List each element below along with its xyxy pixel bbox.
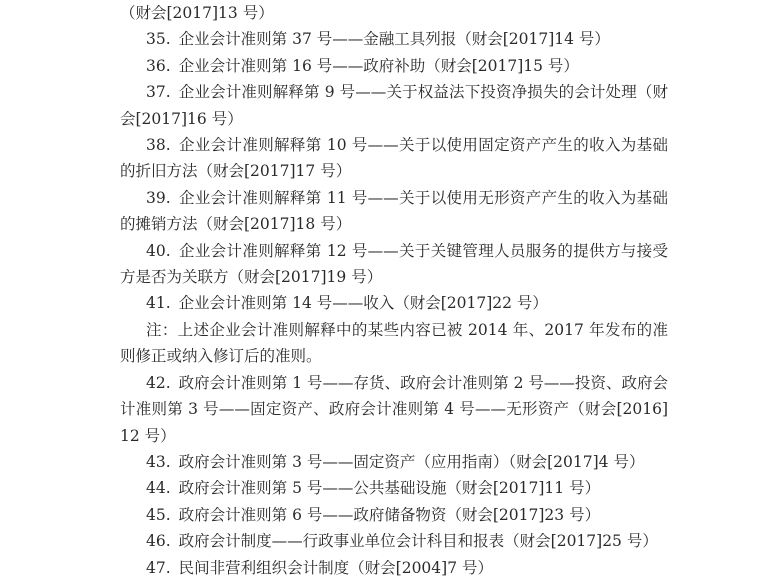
list-item-35: 35.企业会计准则第 37 号——金融工具列报（财会[2017]14 号）	[120, 26, 668, 52]
item-text: 政府会计准则第 6 号——政府储备物资（财会[2017]23 号）	[179, 506, 600, 524]
list-item-39: 39.企业会计准则解释第 11 号——关于以使用无形资产产生的收入为基础的摊销方…	[120, 185, 668, 238]
citation-text: （财会[2017]13 号）	[120, 4, 274, 22]
item-text: 民间非营利组织会计制度（财会[2004]7 号）	[179, 559, 493, 577]
list-item-46: 46.政府会计制度——行政事业单位会计科目和报表（财会[2017]25 号）	[120, 528, 668, 554]
continued-citation: （财会[2017]13 号）	[120, 0, 668, 26]
item-text: 企业会计准则第 14 号——收入（财会[2017]22 号）	[179, 294, 548, 312]
item-text: 企业会计准则解释第 12 号——关于关键管理人员服务的提供方与接受方是否为关联方…	[120, 242, 668, 286]
item-number: 37.	[146, 83, 171, 101]
item-text: 企业会计准则解释第 10 号——关于以使用固定资产产生的收入为基础的折旧方法（财…	[120, 136, 668, 180]
item-number: 44.	[146, 479, 171, 497]
item-text: 企业会计准则解释第 9 号——关于权益法下投资净损失的会计处理（财会[2017]…	[120, 83, 668, 127]
item-number: 43.	[146, 453, 171, 471]
item-text: 企业会计准则第 37 号——金融工具列报（财会[2017]14 号）	[179, 30, 610, 48]
list-item-41: 41.企业会计准则第 14 号——收入（财会[2017]22 号）	[120, 290, 668, 316]
list-item-36: 36.企业会计准则第 16 号——政府补助（财会[2017]15 号）	[120, 53, 668, 79]
list-item-37: 37.企业会计准则解释第 9 号——关于权益法下投资净损失的会计处理（财会[20…	[120, 79, 668, 132]
list-item-45: 45.政府会计准则第 6 号——政府储备物资（财会[2017]23 号）	[120, 502, 668, 528]
list-item-43: 43.政府会计准则第 3 号——固定资产（应用指南）（财会[2017]4 号）	[120, 449, 668, 475]
item-text: 政府会计准则第 5 号——公共基础设施（财会[2017]11 号）	[179, 479, 600, 497]
item-number: 47.	[146, 559, 171, 577]
item-text: 政府会计准则第 1 号——存货、政府会计准则第 2 号——投资、政府会计准则第 …	[120, 374, 668, 445]
item-text: 政府会计制度——行政事业单位会计科目和报表（财会[2017]25 号）	[179, 532, 658, 550]
list-item-47: 47.民间非营利组织会计制度（财会[2004]7 号）	[120, 555, 668, 581]
item-number: 45.	[146, 506, 171, 524]
item-number: 46.	[146, 532, 171, 550]
item-number: 40.	[146, 242, 171, 260]
item-text: 企业会计准则第 16 号——政府补助（财会[2017]15 号）	[179, 57, 579, 75]
item-number: 41.	[146, 294, 171, 312]
item-text: 政府会计准则第 3 号——固定资产（应用指南）（财会[2017]4 号）	[179, 453, 645, 471]
item-text: 企业会计准则解释第 11 号——关于以使用无形资产产生的收入为基础的摊销方法（财…	[120, 189, 668, 233]
item-number: 36.	[146, 57, 171, 75]
document-page: （财会[2017]13 号） 35.企业会计准则第 37 号——金融工具列报（财…	[120, 0, 668, 581]
list-item-42: 42.政府会计准则第 1 号——存货、政府会计准则第 2 号——投资、政府会计准…	[120, 370, 668, 449]
note-text: 注：上述企业会计准则解释中的某些内容已被 2014 年、2017 年发布的准则修…	[120, 321, 668, 365]
item-number: 39.	[146, 189, 171, 207]
item-number: 35.	[146, 30, 171, 48]
list-item-40: 40.企业会计准则解释第 12 号——关于关键管理人员服务的提供方与接受方是否为…	[120, 238, 668, 291]
list-item-38: 38.企业会计准则解释第 10 号——关于以使用固定资产产生的收入为基础的折旧方…	[120, 132, 668, 185]
note-paragraph: 注：上述企业会计准则解释中的某些内容已被 2014 年、2017 年发布的准则修…	[120, 317, 668, 370]
item-number: 38.	[146, 136, 171, 154]
list-item-44: 44.政府会计准则第 5 号——公共基础设施（财会[2017]11 号）	[120, 475, 668, 501]
item-number: 42.	[146, 374, 171, 392]
